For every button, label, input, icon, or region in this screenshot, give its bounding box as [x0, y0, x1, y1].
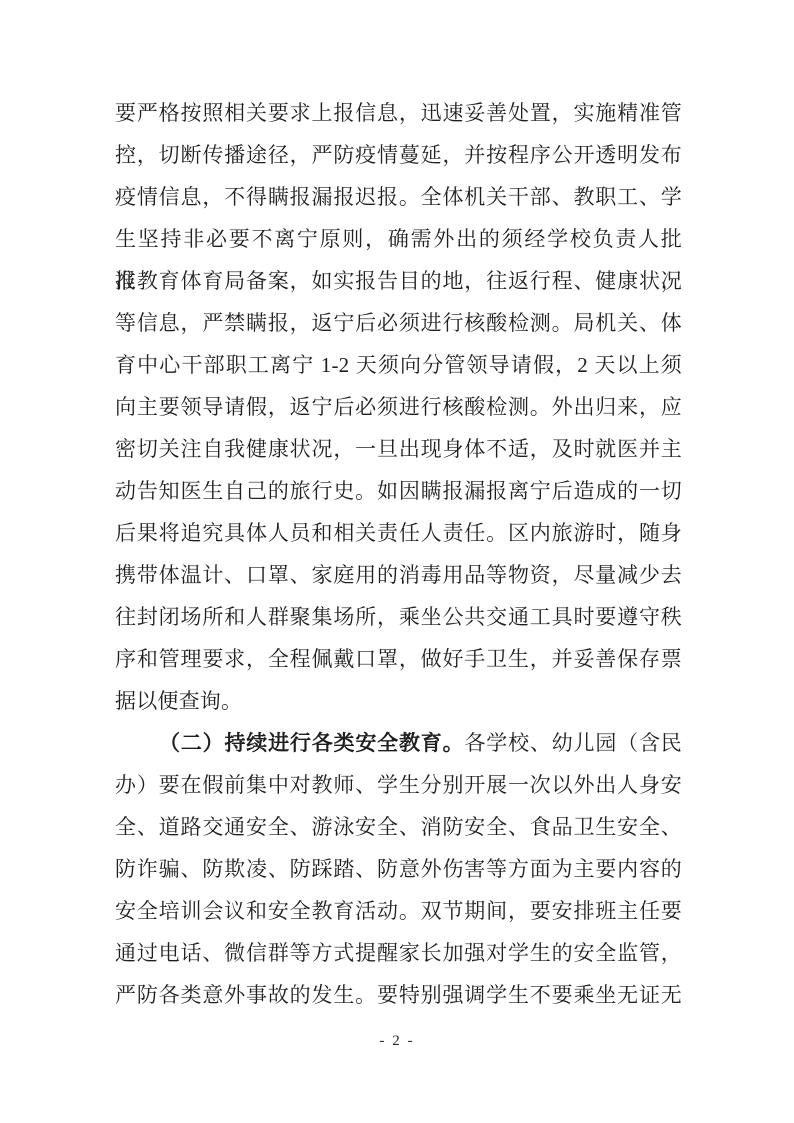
- text-line: 严防各类意外事故的发生。要特别强调学生不要乘坐无证无: [115, 974, 682, 1016]
- text-line: 往封闭场所和人群聚集场所，乘坐公共交通工具时要遵守秩: [115, 596, 682, 638]
- text-line: 报教育体育局备案，如实报告目的地，往返行程、健康状况: [115, 260, 682, 302]
- text-line: 生坚持非必要不离宁原则，确需外出的须经学校负责人批准，: [115, 218, 682, 260]
- body-text: 要严格按照相关要求上报信息，迅速妥善处置，实施精准管 控，切断传播途径，严防疫情…: [115, 92, 682, 1016]
- text-line: 向主要领导请假，返宁后必须进行核酸检测。外出归来，应: [115, 386, 682, 428]
- document-page: 要严格按照相关要求上报信息，迅速妥善处置，实施精准管 控，切断传播途径，严防疫情…: [0, 0, 794, 1123]
- section-heading: （二）持续进行各类安全教育。: [159, 731, 464, 755]
- page-number: - 2 -: [0, 1033, 794, 1050]
- text-line: 全、道路交通安全、游泳安全、消防安全、食品卫生安全、: [115, 806, 682, 848]
- text-line: 后果将追究具体人员和相关责任人责任。区内旅游时，随身: [115, 512, 682, 554]
- text-line: 育中心干部职工离宁 1-2 天须向分管领导请假，2 天以上须: [115, 344, 682, 386]
- section-heading-line: （二）持续进行各类安全教育。各学校、幼儿园（含民: [115, 722, 682, 764]
- text-line: 防诈骗、防欺凌、防踩踏、防意外伤害等方面为主要内容的: [115, 848, 682, 890]
- text-line: 办）要在假前集中对教师、学生分别开展一次以外出人身安: [115, 764, 682, 806]
- text-line: 要严格按照相关要求上报信息，迅速妥善处置，实施精准管: [115, 92, 682, 134]
- text-run: 各学校、幼儿园（含民: [464, 731, 682, 755]
- text-line: 控，切断传播途径，严防疫情蔓延，并按程序公开透明发布: [115, 134, 682, 176]
- text-line: 动告知医生自己的旅行史。如因瞒报漏报离宁后造成的一切: [115, 470, 682, 512]
- text-line: 据以便查询。: [115, 680, 682, 722]
- text-line: 等信息，严禁瞒报，返宁后必须进行核酸检测。局机关、体: [115, 302, 682, 344]
- text-line: 疫情信息，不得瞒报漏报迟报。全体机关干部、教职工、学: [115, 176, 682, 218]
- text-line: 通过电话、微信群等方式提醒家长加强对学生的安全监管，: [115, 932, 682, 974]
- text-line: 密切关注自我健康状况，一旦出现身体不适，及时就医并主: [115, 428, 682, 470]
- text-line: 序和管理要求，全程佩戴口罩，做好手卫生，并妥善保存票: [115, 638, 682, 680]
- text-line: 携带体温计、口罩、家庭用的消毒用品等物资，尽量减少去: [115, 554, 682, 596]
- text-line: 安全培训会议和安全教育活动。双节期间，要安排班主任要: [115, 890, 682, 932]
